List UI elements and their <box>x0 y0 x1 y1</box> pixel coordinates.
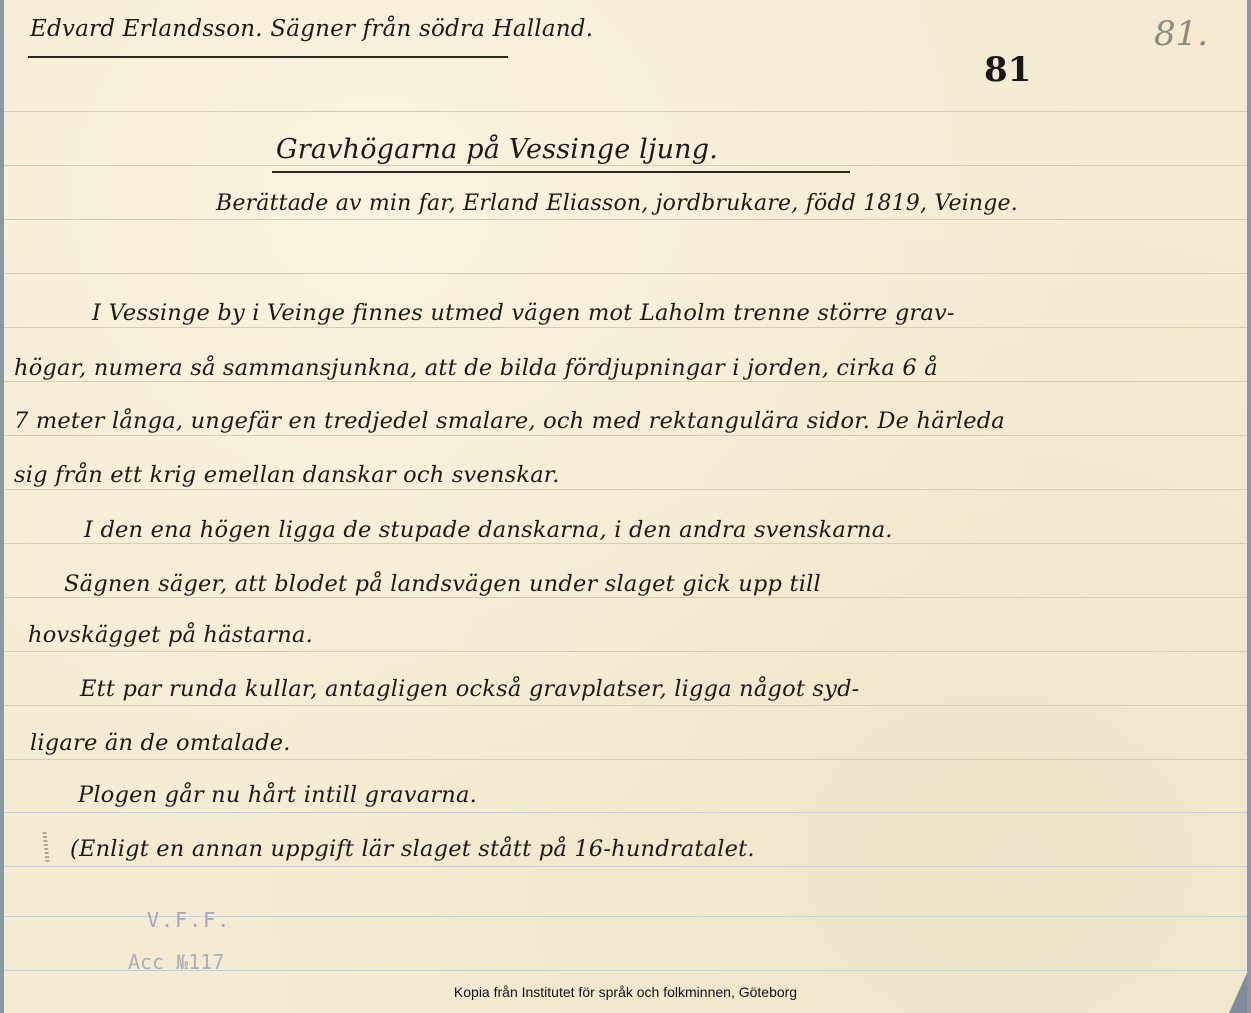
body-line: 7 meter långa, ungefär en tredjedel smal… <box>14 408 1005 434</box>
body-line: Plogen går nu hårt intill gravarna. <box>78 782 477 808</box>
manuscript-page: Edvard Erlandsson. Sägner från södra Hal… <box>4 0 1247 1013</box>
body-line: (Enligt en annan uppgift lär slaget ståt… <box>70 836 755 862</box>
manuscript-header: Edvard Erlandsson. Sägner från södra Hal… <box>30 16 593 42</box>
pencil-page-number: 81. <box>1154 14 1208 54</box>
ruled-line <box>4 543 1247 544</box>
archive-stamp-accession: Acc №117 <box>128 950 224 974</box>
header-underline <box>28 56 508 58</box>
ruled-line <box>4 489 1247 490</box>
ruled-line <box>4 111 1247 112</box>
ruled-line <box>4 651 1247 652</box>
archive-stamp-vff: V.F.F. <box>147 908 231 932</box>
ruled-line <box>4 219 1247 220</box>
body-line: högar, numera så sammansjunkna, att de b… <box>14 355 938 381</box>
ruled-line <box>4 381 1247 382</box>
body-line: hovskägget på hästarna. <box>28 622 313 648</box>
ruled-line <box>4 597 1247 598</box>
body-line: Sägnen säger, att blodet på landsvägen u… <box>64 571 821 597</box>
ruled-line <box>4 165 1247 166</box>
ruled-line <box>4 812 1247 813</box>
body-line: sig från ett krig emellan danskar och sv… <box>14 462 560 488</box>
ruled-line <box>4 705 1247 706</box>
body-line: ligare än de omtalade. <box>30 730 291 756</box>
body-line: Ett par runda kullar, antagligen också g… <box>80 676 860 702</box>
body-line: I den ena högen ligga de stupade danskar… <box>84 517 893 543</box>
byline: Berättade av min far, Erland Eliasson, j… <box>216 191 1018 216</box>
title-underline <box>272 171 850 173</box>
body-line: I Vessinge by i Veinge finnes utmed väge… <box>92 300 955 326</box>
ruled-line <box>4 759 1247 760</box>
document-title: Gravhögarna på Vessinge ljung. <box>276 134 718 165</box>
ruled-line <box>4 866 1247 867</box>
stamped-page-number: 81 <box>984 50 1031 90</box>
ruled-line <box>4 273 1247 274</box>
copy-attribution: Kopia från Institutet för språk och folk… <box>0 984 1251 1000</box>
margin-mark <box>42 832 49 862</box>
ruled-line <box>4 327 1247 328</box>
ruled-line <box>4 435 1247 436</box>
